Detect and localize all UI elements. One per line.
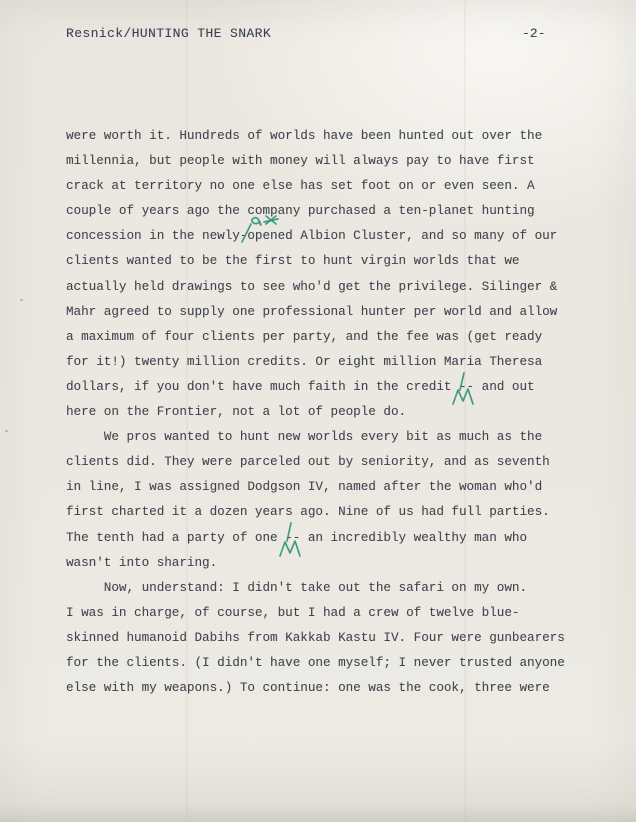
typed-line: here on the Frontier, not a lot of peopl… [66,400,565,425]
paper-speck [5,430,8,432]
typed-line: first charted it a dozen years ago. Nine… [66,500,565,525]
manuscript-page: Resnick/HUNTING THE SNARK -2- were worth… [0,0,636,822]
em-dash-proof-mark [450,370,484,410]
typed-line: The tenth had a party of one -- an incre… [66,526,565,551]
typed-line: in line, I was assigned Dodgson IV, name… [66,475,565,500]
page-number: -2- [522,26,545,41]
typed-line: clients did. They were parceled out by s… [66,450,565,475]
paper-speck [20,299,23,301]
typed-line: for it!) twenty million credits. Or eigh… [66,350,565,375]
em-dash-proof-mark [278,520,312,562]
typed-line: skinned humanoid Dabihs from Kakkab Kast… [66,626,565,651]
typed-line: clients wanted to be the first to hunt v… [66,249,565,274]
typed-line: actually held drawings to see who'd get … [66,275,565,300]
manuscript-text: were worth it. Hundreds of worlds have b… [66,124,565,701]
typed-line: wasn't into sharing. [66,551,565,576]
typed-line: couple of years ago the company purchase… [66,199,565,224]
hyphen-edit-mark [234,212,282,246]
typed-line: I was in charge, of course, but I had a … [66,601,565,626]
typed-line: concession in the newly-opened Albion Cl… [66,224,565,249]
running-head: Resnick/HUNTING THE SNARK [66,26,271,41]
typed-line: were worth it. Hundreds of worlds have b… [66,124,565,149]
typed-line: millennia, but people with money will al… [66,149,565,174]
typed-line: for the clients. (I didn't have one myse… [66,651,565,676]
typed-line: else with my weapons.) To continue: one … [66,676,565,701]
typed-line: crack at territory no one else has set f… [66,174,565,199]
typed-line: Mahr agreed to supply one professional h… [66,300,565,325]
typed-line: We pros wanted to hunt new worlds every … [66,425,565,450]
typed-line: Now, understand: I didn't take out the s… [66,576,565,601]
typed-line: dollars, if you don't have much faith in… [66,375,565,400]
typed-line: a maximum of four clients per party, and… [66,325,565,350]
